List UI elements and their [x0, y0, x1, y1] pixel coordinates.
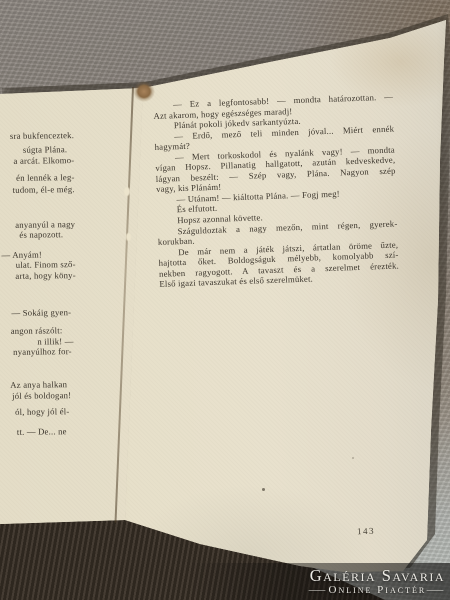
- watermark-subtitle-text: Online Piactér: [329, 585, 427, 596]
- left-page-text: sra bukfenceztek.súgta Plána.a arcát. El…: [0, 130, 78, 437]
- left-text-line: ól, hogy jól él-: [3, 406, 69, 417]
- left-text-line: és napozott.: [1, 230, 63, 241]
- left-text-line: én lennék a leg-: [1, 172, 75, 183]
- watermark-dash-left: —: [308, 585, 328, 596]
- left-text-line: — Sokáig gyen-: [2, 307, 71, 318]
- left-text-line: sra bukfenceztek.: [0, 130, 74, 141]
- left-text-line: súgta Plána.: [0, 145, 67, 156]
- watermark-dash-right: —: [427, 585, 447, 596]
- left-text-line: nyanyúlhoz for-: [3, 346, 72, 357]
- left-text-line: anyanyúl a nagy: [1, 219, 75, 230]
- book-photo: sra bukfenceztek.súgta Plána.a arcát. El…: [0, 0, 450, 600]
- watermark: Galéria Savaria — Online Piactér —: [0, 563, 450, 600]
- watermark-inner: Galéria Savaria — Online Piactér —: [310, 568, 445, 596]
- left-text-line: tt. — De... ne: [4, 426, 67, 437]
- left-text-line: arta, hogy köny-: [2, 270, 76, 281]
- left-text-line: — Anyám!: [1, 249, 41, 260]
- left-text-line: jól és boldogan!: [3, 390, 71, 401]
- watermark-title: Galéria Savaria: [310, 568, 445, 584]
- left-text-line: angon rászólt:: [2, 326, 62, 337]
- spine-tear: [133, 81, 155, 102]
- page-number: 143: [350, 525, 382, 536]
- left-text-line: tudom, él-e még.: [1, 184, 75, 195]
- left-text-line: Az anya halkan: [3, 380, 67, 391]
- watermark-subtitle: — Online Piactér —: [312, 585, 444, 596]
- paper-speck: [352, 457, 354, 459]
- spine-notch: [126, 233, 131, 241]
- right-page-text: — Ez a legfontosabb! — mondta határozott…: [153, 92, 399, 290]
- paper-speck: [262, 488, 265, 491]
- left-text-line: a arcát. Elkomo-: [0, 155, 74, 166]
- spine-notch: [124, 187, 130, 196]
- left-text-line: ulat. Finom sző-: [2, 259, 76, 270]
